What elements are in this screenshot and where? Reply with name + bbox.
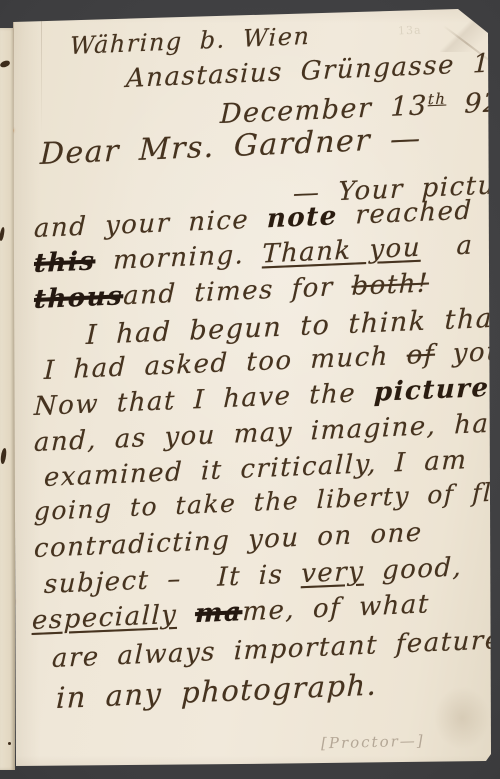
letter-line: are always important features, (52, 626, 500, 672)
photo-background: 13a Währing b. WienAnastasius Grüngasse … (0, 0, 500, 779)
handwriting-segment: Währing b. Wien (70, 22, 311, 60)
handwriting-segment (177, 599, 196, 630)
handwriting-segment: this (34, 246, 96, 279)
ink-fragment (8, 742, 11, 745)
letter-page: 13a Währing b. WienAnastasius Grüngasse … (0, 0, 500, 779)
handwriting-segment: morning. (95, 239, 263, 276)
letter-line: thousand times for both! (34, 270, 430, 313)
ink-fragment (0, 227, 5, 241)
underlying-page-edge (0, 28, 15, 770)
archivist-pencil-note: [Proctor—] (321, 732, 425, 753)
ink-fragment (0, 60, 11, 68)
handwriting-segment: both! (351, 268, 429, 301)
handwriting-segment: 92 (446, 87, 500, 120)
handwriting-segment: a (421, 231, 474, 263)
handwriting-segment: in any photograph. (56, 667, 378, 715)
handwriting-segment: of (406, 340, 435, 371)
handwriting-segment: good, (364, 552, 463, 586)
handwriting-segment: you. (435, 336, 500, 369)
handwriting-segment: thous (34, 281, 124, 315)
letter-line: December 13th 92 (220, 89, 500, 128)
letter-line: in any photograph. (56, 670, 378, 713)
handwriting-segment: th (428, 89, 447, 108)
letter-line: Anastasius Grüngasse 10 (126, 50, 500, 92)
handwriting-segment: Thank you (262, 233, 422, 270)
letter-line: Dear Mrs. Gardner — (40, 124, 422, 170)
handwriting-segment: especially (32, 600, 178, 636)
ink-fragment (0, 448, 7, 464)
handwriting-segment: Dear Mrs. Gardner — (40, 121, 423, 172)
handwriting-segment: subject – It is (44, 559, 302, 600)
handwriting-segment: picture (374, 373, 490, 408)
handwriting-segment: very (301, 557, 365, 590)
handwriting-segment: and your nice (34, 204, 268, 244)
letter-body: Währing b. WienAnastasius Grüngasse 10De… (0, 0, 500, 779)
handwriting-segment: note (267, 201, 339, 234)
handwriting-segment: me, of what (242, 589, 430, 627)
handwriting-segment: ma (195, 597, 243, 629)
letter-line: Währing b. Wien (70, 24, 311, 58)
handwriting-segment: and times for (123, 272, 352, 312)
